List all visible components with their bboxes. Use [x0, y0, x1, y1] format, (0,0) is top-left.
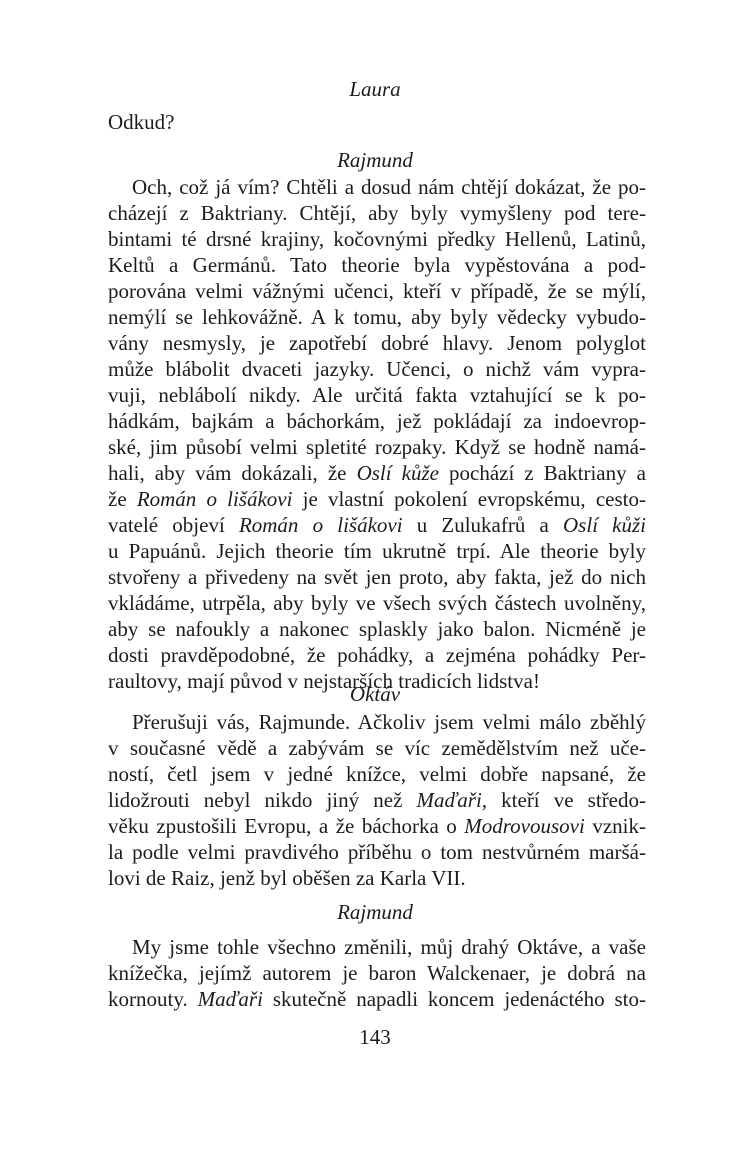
text-line: la podle velmi pravdivého příběhu o tom … [108, 839, 646, 865]
speaker-heading: Rajmund [0, 899, 750, 925]
text-line: vkládáme, utrpěla, aby byly ve všech svý… [108, 590, 646, 616]
text-line: kornouty. Maďaři skutečně napadli koncem… [108, 986, 646, 1012]
text-line: lidožrouti nebyl nikdo jiný než Maďaři, … [108, 787, 646, 813]
text-line: cházejí z Baktriany. Chtějí, aby byly vy… [108, 200, 646, 226]
text-line: dosti pravděpodobné, že pohádky, a zejmé… [108, 642, 646, 668]
text-line: Keltů a Germánů. Tato theorie byla vypěs… [108, 252, 646, 278]
text-line: vatelé objeví Román o lišákovi u Zulukaf… [108, 512, 646, 538]
text-line: u Papuánů. Jejich theorie tím ukrutně tr… [108, 538, 646, 564]
text-line: nemýlí se lehkovážně. A k tomu, aby byly… [108, 304, 646, 330]
text-line: může blábolit dvaceti jazyky. Učenci, o … [108, 356, 646, 382]
text-line: hádkám, bajkám a báchorkám, jež pokládaj… [108, 408, 646, 434]
text-line: porována velmi vážnými učenci, kteří v p… [108, 278, 646, 304]
speaker-heading: Oktáv [0, 681, 750, 707]
text-line: v současné vědě a zabývám se víc zeměděl… [108, 735, 646, 761]
text-line: Odkud? [108, 109, 646, 135]
text-line: stvořeny a přivedeny na svět jen proto, … [108, 564, 646, 590]
text-line: My jsme tohle všechno změnili, můj drahý… [132, 934, 646, 960]
text-line: ské, jim působí velmi spletité rozpaky. … [108, 434, 646, 460]
page-number: 143 [0, 1024, 750, 1050]
text-line: Och, což já vím? Chtěli a dosud nám chtě… [132, 174, 646, 200]
text-line: bintami té drsné krajiny, kočovnými před… [108, 226, 646, 252]
text-line: ností, četl jsem v jedné knížce, velmi d… [108, 761, 646, 787]
text-line: věku zpustošili Evropu, a že báchorka o … [108, 813, 646, 839]
text-line: aby se nafoukly a nakonec splaskly jako … [108, 616, 646, 642]
book-page: Laura Odkud? Rajmund Och, což já vím? Ch… [0, 0, 750, 1152]
speaker-heading: Rajmund [0, 147, 750, 173]
text-line: Přerušuji vás, Rajmunde. Ačkoliv jsem ve… [132, 709, 646, 735]
text-line: hali, aby vám dokázali, že Oslí kůže poc… [108, 460, 646, 486]
text-line: že Román o lišákovi je vlastní pokolení … [108, 486, 646, 512]
text-line: vány nesmysly, je zapotřebí dobré hlavy.… [108, 330, 646, 356]
speaker-heading: Laura [0, 76, 750, 102]
text-line: vuji, neblábolí nikdy. Ale určitá fakta … [108, 382, 646, 408]
text-line: knížečka, jejímž autorem je baron Walcke… [108, 960, 646, 986]
text-line: lovi de Raiz, jenž byl oběšen za Karla V… [108, 865, 646, 891]
